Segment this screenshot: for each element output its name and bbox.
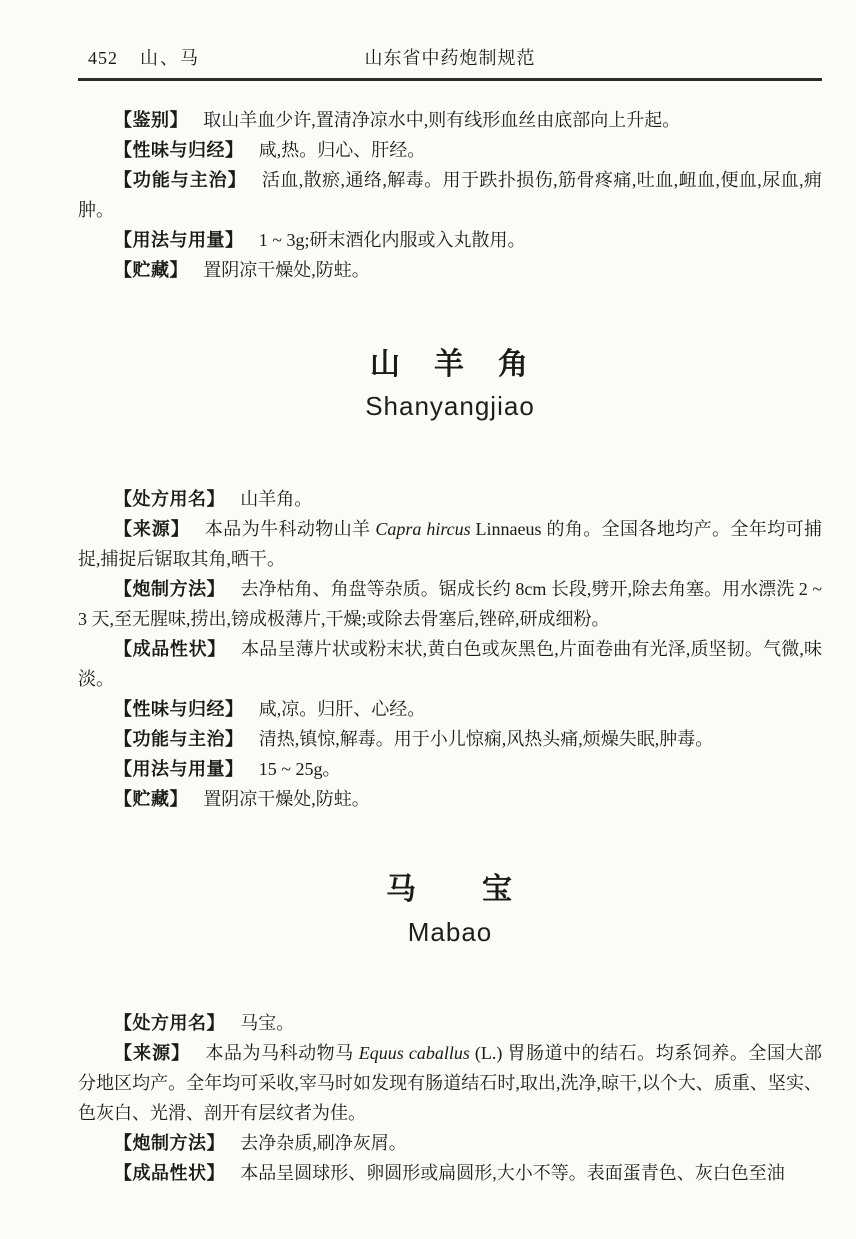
latin-authority: Linnaeus xyxy=(471,519,547,539)
paragraph-paozhi: 【炮制方法】去净枯角、角盘等杂质。锯成长约 8cm 长段,劈开,除去角塞。用水漂… xyxy=(78,574,822,634)
paragraph-zhucang: 【贮藏】置阴凉干燥处,防蛀。 xyxy=(78,255,822,285)
field-label: 【功能与主治】 xyxy=(114,729,244,749)
intro-entry-block: 【鉴别】取山羊血少许,置清净凉水中,则有线形血丝由底部向上升起。 【性味与归经】… xyxy=(78,105,822,285)
header-rule xyxy=(78,78,822,81)
field-label: 【炮制方法】 xyxy=(114,1133,225,1153)
paragraph-laiyuan: 【来源】本品为牛科动物山羊 Capra hircus Linnaeus 的角。全… xyxy=(78,514,822,574)
paragraph-chufang: 【处方用名】马宝。 xyxy=(78,1008,822,1038)
paragraph-gongneng: 【功能与主治】清热,镇惊,解毒。用于小儿惊痫,风热头痛,烦燥失眠,肿毒。 xyxy=(78,724,822,754)
field-text: 15 ~ 25g。 xyxy=(259,759,341,779)
field-label: 【来源】 xyxy=(114,1043,190,1063)
paragraph-chengpin: 【成品性状】本品呈圆球形、卵圆形或扁圆形,大小不等。表面蛋青色、灰白色至油 xyxy=(78,1158,822,1188)
shanyangjiao-entry-block: 【处方用名】山羊角。 【来源】本品为牛科动物山羊 Capra hircus Li… xyxy=(78,484,822,814)
field-text: 去净杂质,刷净灰屑。 xyxy=(240,1133,407,1153)
entry-pinyin-mabao: Mabao xyxy=(78,918,822,946)
paragraph-xingwei: 【性味与归经】咸,凉。归肝、心经。 xyxy=(78,694,822,724)
field-label: 【处方用名】 xyxy=(114,489,225,509)
field-text: 咸,热。归心、肝经。 xyxy=(259,140,426,160)
paragraph-zhucang: 【贮藏】置阴凉干燥处,防蛀。 xyxy=(78,784,822,814)
paragraph-paozhi: 【炮制方法】去净杂质,刷净灰屑。 xyxy=(78,1128,822,1158)
paragraph-chengpin: 【成品性状】本品呈薄片状或粉末状,黄白色或灰黑色,片面卷曲有光泽,质坚韧。气微,… xyxy=(78,634,822,694)
field-label: 【用法与用量】 xyxy=(114,230,244,250)
field-label: 【性味与归经】 xyxy=(114,699,244,719)
paragraph-gongneng: 【功能与主治】活血,散瘀,通络,解毒。用于跌扑损伤,筋骨疼痛,吐血,衄血,便血,… xyxy=(78,165,822,225)
field-label: 【来源】 xyxy=(114,519,190,539)
field-label: 【炮制方法】 xyxy=(114,579,225,599)
entry-title-shanyangjiao: 山 羊 角 xyxy=(78,347,822,383)
book-title: 山东省中药炮制规范 xyxy=(78,46,822,70)
field-label: 【成品性状】 xyxy=(114,639,226,659)
book-page: 452 山、马 山东省中药炮制规范 【鉴别】取山羊血少许,置清净凉水中,则有线形… xyxy=(0,0,856,1239)
field-label: 【成品性状】 xyxy=(114,1163,225,1183)
entry-pinyin-shanyangjiao: Shanyangjiao xyxy=(78,392,822,420)
latin-species-name: Equus caballus xyxy=(359,1043,470,1063)
field-text: 1 ~ 3g;研末酒化内服或入丸散用。 xyxy=(259,230,526,250)
field-text: 山羊角。 xyxy=(240,489,312,509)
field-label: 【鉴别】 xyxy=(114,110,188,130)
running-head: 452 山、马 山东省中药炮制规范 xyxy=(78,46,822,70)
paragraph-yongfa: 【用法与用量】1 ~ 3g;研末酒化内服或入丸散用。 xyxy=(78,225,822,255)
entry-title-mabao: 马 宝 xyxy=(78,872,822,908)
field-text: 本品呈圆球形、卵圆形或扁圆形,大小不等。表面蛋青色、灰白色至油 xyxy=(240,1163,785,1183)
field-label: 【用法与用量】 xyxy=(114,759,244,779)
field-text: 置阴凉干燥处,防蛀。 xyxy=(203,789,370,809)
field-label: 【性味与归经】 xyxy=(114,140,244,160)
field-text: 马宝。 xyxy=(240,1013,294,1033)
paragraph-jianbie: 【鉴别】取山羊血少许,置清净凉水中,则有线形血丝由底部向上升起。 xyxy=(78,105,822,135)
field-label: 【功能与主治】 xyxy=(114,170,247,190)
mabao-entry-block: 【处方用名】马宝。 【来源】本品为马科动物马 Equus caballus (L… xyxy=(78,1008,822,1188)
field-text: 本品为牛科动物山羊 xyxy=(205,519,376,539)
field-text: 置阴凉干燥处,防蛀。 xyxy=(203,260,370,280)
field-label: 【贮藏】 xyxy=(114,789,188,809)
latin-authority: (L.) xyxy=(470,1043,508,1063)
field-text: 取山羊血少许,置清净凉水中,则有线形血丝由底部向上升起。 xyxy=(203,110,680,130)
paragraph-xingwei: 【性味与归经】咸,热。归心、肝经。 xyxy=(78,135,822,165)
field-label: 【处方用名】 xyxy=(114,1013,225,1033)
field-text: 本品为马科动物马 xyxy=(205,1043,358,1063)
paragraph-chufang: 【处方用名】山羊角。 xyxy=(78,484,822,514)
paragraph-laiyuan: 【来源】本品为马科动物马 Equus caballus (L.) 胃肠道中的结石… xyxy=(78,1038,822,1128)
paragraph-yongfa: 【用法与用量】15 ~ 25g。 xyxy=(78,754,822,784)
field-text: 咸,凉。归肝、心经。 xyxy=(259,699,426,719)
field-text: 清热,镇惊,解毒。用于小儿惊痫,风热头痛,烦燥失眠,肿毒。 xyxy=(259,729,714,749)
latin-species-name: Capra hircus xyxy=(375,519,470,539)
field-label: 【贮藏】 xyxy=(114,260,188,280)
